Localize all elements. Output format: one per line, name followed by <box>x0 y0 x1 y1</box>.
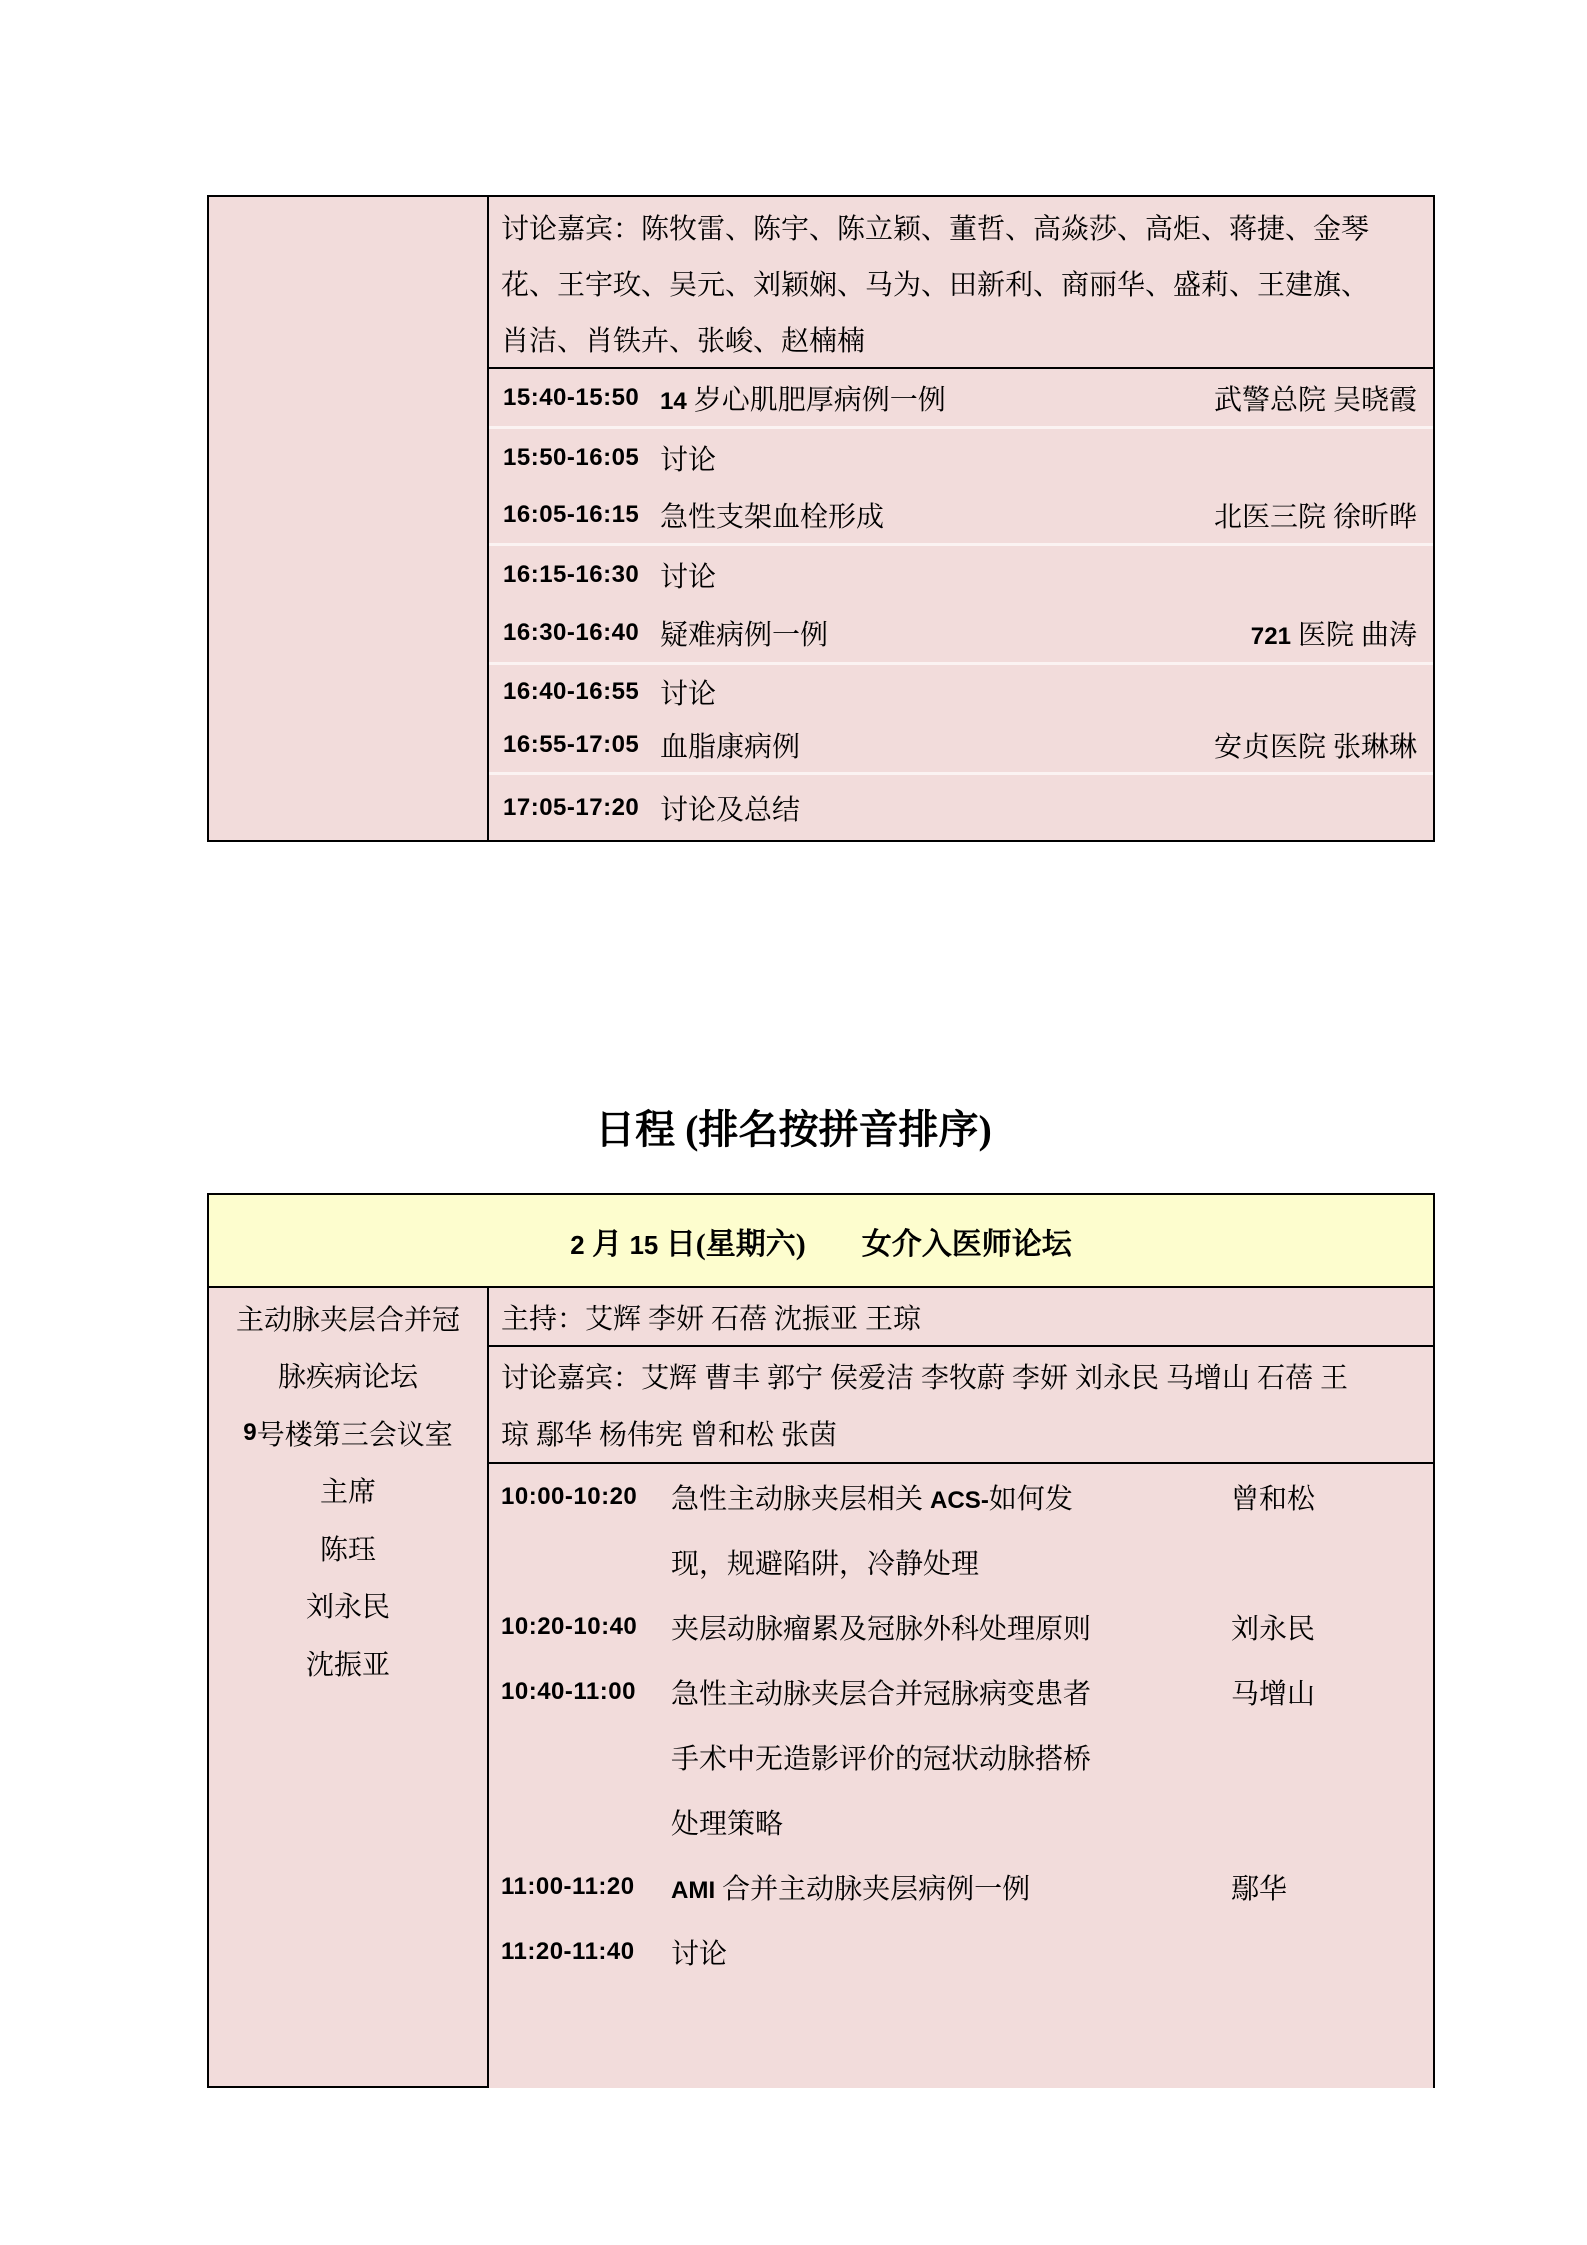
session-title: 手术中无造影评价的冠状动脉搭桥 <box>671 1737 1231 1777</box>
session-title: 急性支架血栓形成 <box>660 495 884 535</box>
schedule-line: 16:40-16:55 讨论 <box>489 665 1433 719</box>
forum-info-line: 刘永民 <box>209 1577 487 1635</box>
table1-left-empty-cell <box>209 197 489 840</box>
session-time: 10:00-10:20 <box>501 1483 671 1511</box>
session-time: 10:20-10:40 <box>501 1613 671 1641</box>
schedule-line: 10:00-10:20 急性主动脉夹层相关 ACS-如何发 曾和松 <box>501 1464 1419 1529</box>
schedule-line: 处理策略 <box>501 1789 1419 1854</box>
table1-row-group: 16:15-16:30 讨论 16:30-16:40 疑难病例一例 721 医院… <box>489 546 1433 665</box>
forum-agenda-table: 2 月 15 日(星期六) 女介入医师论坛 主动脉夹层合并冠 脉疾病论坛 9 号… <box>207 1193 1435 2088</box>
session-title: AMI 合并主动脉夹层病例一例 <box>671 1867 1231 1907</box>
table2-right-column: 主持：艾辉 李妍 石蓓 沈振亚 王琼 讨论嘉宾：艾辉 曹丰 郭宁 侯爱洁 李牧蔚… <box>489 1288 1433 2088</box>
session-speaker: 曾和松 <box>1231 1477 1315 1517</box>
table1-row-group: 16:40-16:55 讨论 16:55-17:05 血脂康病例 安贞医院 张琳… <box>489 665 1433 775</box>
guests-text-line: 琼 鄢华 杨伟宪 曾和松 张茵 <box>501 1405 1417 1462</box>
session-speaker: 721 医院 曲涛 <box>1231 613 1417 653</box>
session-title: 14 岁心肌肥厚病例一例 <box>660 378 946 418</box>
session-time: 16:05-16:15 <box>503 501 660 529</box>
session-time: 11:20-11:40 <box>501 1938 671 1966</box>
session-title: 急性主动脉夹层相关 ACS-如何发 <box>671 1477 1231 1517</box>
session-title: 讨论及总结 <box>660 788 800 828</box>
session-title: 讨论 <box>671 1932 1231 1972</box>
discussion-guests-row: 讨论嘉宾：艾辉 曹丰 郭宁 侯爱洁 李牧蔚 李妍 刘永民 马增山 石蓓 王 琼 … <box>489 1347 1433 1464</box>
forum-info-line: 脉疾病论坛 <box>209 1347 487 1405</box>
document-page: 讨论嘉宾：陈牧雷、陈宇、陈立颖、董哲、高焱莎、高炬、蒋捷、金琴 花、王宇玫、吴元… <box>0 0 1587 2245</box>
schedule-line: 16:55-17:05 血脂康病例 安贞医院 张琳琳 <box>489 719 1433 773</box>
table1-right-column: 讨论嘉宾：陈牧雷、陈宇、陈立颖、董哲、高焱莎、高炬、蒋捷、金琴 花、王宇玫、吴元… <box>489 197 1433 840</box>
guests-text-line: 花、王宇玫、吴元、刘颖娴、马为、田新利、商丽华、盛莉、王建旗、 <box>501 255 1417 311</box>
table1-row-group: 15:40-15:50 14 岁心肌肥厚病例一例 武警总院 吴晓霞 <box>489 369 1433 429</box>
session-title: 讨论 <box>660 672 716 712</box>
session-speaker: 鄢华 <box>1231 1867 1287 1907</box>
host-names: 主持：艾辉 李妍 石蓓 沈振亚 王琼 <box>501 1297 921 1337</box>
schedule-line: 现，规避陷阱，冷静处理 <box>501 1529 1419 1594</box>
guests-text-line: 肖洁、肖铁卉、张峻、赵楠楠 <box>501 311 1417 367</box>
schedule-line: 11:00-11:20 AMI 合并主动脉夹层病例一例 鄢华 <box>501 1854 1419 1919</box>
schedule-line: 15:40-15:50 14 岁心肌肥厚病例一例 武警总院 吴晓霞 <box>489 369 1433 426</box>
session-speaker: 北医三院 徐昕晔 <box>1194 495 1417 535</box>
schedule-line: 15:50-16:05 讨论 <box>489 429 1433 486</box>
session-time: 16:15-16:30 <box>503 561 660 589</box>
session-time: 17:05-17:20 <box>503 794 660 822</box>
session-title: 处理策略 <box>671 1802 1231 1842</box>
table1-discussion-guests-cell: 讨论嘉宾：陈牧雷、陈宇、陈立颖、董哲、高焱莎、高炬、蒋捷、金琴 花、王宇玫、吴元… <box>489 197 1433 369</box>
session-title: 现，规避陷阱，冷静处理 <box>671 1542 1231 1582</box>
header-date: 2 月 15 日(星期六) <box>570 1219 806 1263</box>
afternoon-case-table: 讨论嘉宾：陈牧雷、陈宇、陈立颖、董哲、高焱莎、高炬、蒋捷、金琴 花、王宇玫、吴元… <box>207 195 1435 842</box>
schedule-line: 11:20-11:40 讨论 <box>501 1919 1419 1984</box>
session-time: 15:40-15:50 <box>503 384 660 412</box>
schedule-line: 16:15-16:30 讨论 <box>489 546 1433 604</box>
session-time: 10:40-11:00 <box>501 1678 671 1706</box>
session-time: 15:50-16:05 <box>503 444 660 472</box>
session-title: 疑难病例一例 <box>660 613 828 653</box>
schedule-line: 手术中无造影评价的冠状动脉搭桥 <box>501 1724 1419 1789</box>
session-title: 急性主动脉夹层合并冠脉病变患者 <box>671 1672 1231 1712</box>
session-title: 血脂康病例 <box>660 725 800 765</box>
host-row: 主持：艾辉 李妍 石蓓 沈振亚 王琼 <box>489 1288 1433 1347</box>
forum-info-line: 主动脉夹层合并冠 <box>209 1289 487 1347</box>
forum-info-line: 陈珏 <box>209 1519 487 1577</box>
guests-text-line: 讨论嘉宾：陈牧雷、陈宇、陈立颖、董哲、高焱莎、高炬、蒋捷、金琴 <box>501 199 1417 255</box>
table2-date-header: 2 月 15 日(星期六) 女介入医师论坛 <box>209 1195 1433 1288</box>
forum-schedule-cell: 10:00-10:20 急性主动脉夹层相关 ACS-如何发 曾和松 现，规避陷阱… <box>489 1464 1433 2088</box>
schedule-line: 10:20-10:40 夹层动脉瘤累及冠脉外科处理原则 刘永民 <box>501 1594 1419 1659</box>
table2-body: 主动脉夹层合并冠 脉疾病论坛 9 号楼第三会议室 主席 陈珏 刘永民 沈振亚 主… <box>209 1288 1433 2088</box>
guests-text-line: 讨论嘉宾：艾辉 曹丰 郭宁 侯爱洁 李牧蔚 李妍 刘永民 马增山 石蓓 王 <box>501 1348 1417 1405</box>
forum-info-line: 9 号楼第三会议室 <box>209 1404 487 1462</box>
schedule-line: 17:05-17:20 讨论及总结 <box>489 779 1433 837</box>
table1-row-group: 17:05-17:20 讨论及总结 <box>489 775 1433 840</box>
session-time: 11:00-11:20 <box>501 1873 671 1901</box>
session-time: 16:30-16:40 <box>503 619 660 647</box>
agenda-section-title: 日程 (排名按拼音排序) <box>0 1098 1587 1162</box>
forum-info-line: 沈振亚 <box>209 1634 487 1692</box>
session-time: 16:40-16:55 <box>503 678 660 706</box>
header-forum-name: 女介入医师论坛 <box>862 1219 1072 1263</box>
session-time: 16:55-17:05 <box>503 731 660 759</box>
session-speaker: 武警总院 吴晓霞 <box>1194 378 1417 418</box>
session-speaker: 马增山 <box>1231 1672 1315 1712</box>
session-title: 讨论 <box>660 555 716 595</box>
schedule-line: 16:30-16:40 疑难病例一例 721 医院 曲涛 <box>489 604 1433 662</box>
forum-info-cell: 主动脉夹层合并冠 脉疾病论坛 9 号楼第三会议室 主席 陈珏 刘永民 沈振亚 <box>209 1288 489 2088</box>
session-title: 讨论 <box>660 438 716 478</box>
schedule-line: 16:05-16:15 急性支架血栓形成 北医三院 徐昕晔 <box>489 486 1433 543</box>
table1-row-group: 15:50-16:05 讨论 16:05-16:15 急性支架血栓形成 北医三院… <box>489 429 1433 546</box>
session-speaker: 刘永民 <box>1231 1607 1315 1647</box>
session-speaker: 安贞医院 张琳琳 <box>1194 725 1417 765</box>
session-title: 夹层动脉瘤累及冠脉外科处理原则 <box>671 1607 1231 1647</box>
forum-info-line: 主席 <box>209 1462 487 1520</box>
schedule-line: 10:40-11:00 急性主动脉夹层合并冠脉病变患者 马增山 <box>501 1659 1419 1724</box>
